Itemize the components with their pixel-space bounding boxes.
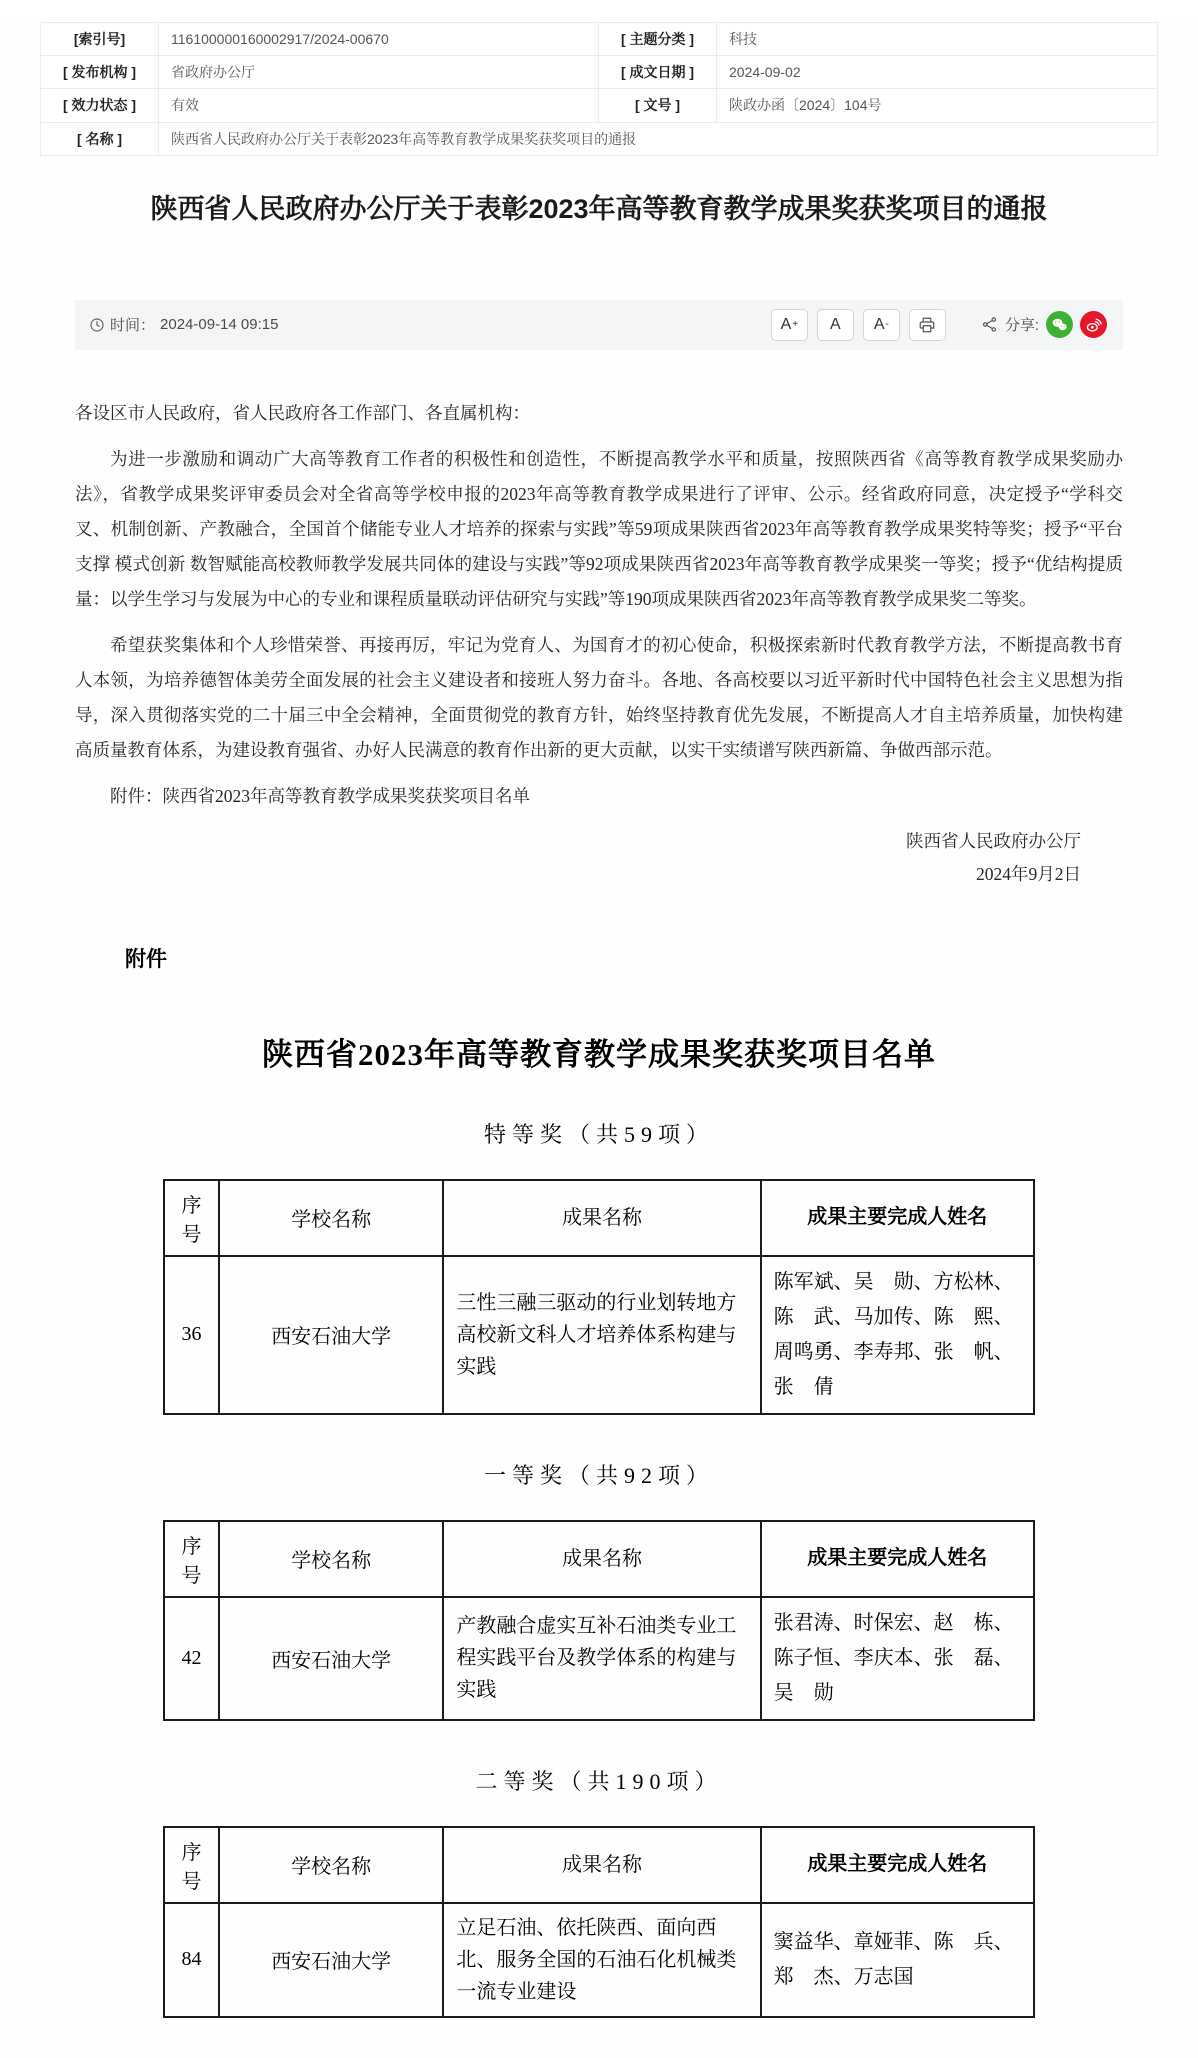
- salutation: 各设区市人民政府，省人民政府各工作部门、各直属机构：: [75, 396, 1123, 431]
- share-wechat-icon[interactable]: [1046, 311, 1073, 338]
- cell-names: 陈军斌、吴 勋、方松林、陈 武、马加传、陈 熙、周鸣勇、李寿邦、张 帆、张 倩: [761, 1256, 1034, 1414]
- meta-value-date: 2024-09-02: [717, 56, 1158, 89]
- attachment-section: 附件 陕西省2023年高等教育教学成果奖获奖项目名单 特等奖（共59项） 序号 …: [0, 943, 1198, 2058]
- document-meta-table: [索引号] 116100000160002917/2024-00670 [ 主题…: [40, 22, 1158, 156]
- share-weibo-icon[interactable]: [1080, 311, 1107, 338]
- table-row: 84 西安石油大学 立足石油、依托陕西、面向西北、服务全国的石油石化机械类一流专…: [164, 1903, 1034, 2017]
- signature-org: 陕西省人民政府办公厅: [75, 825, 1081, 858]
- signature-date: 2024年9月2日: [75, 858, 1081, 891]
- second-prize-heading: 二等奖（共190项）: [0, 1765, 1198, 1796]
- meta-label-topic: [ 主题分类 ]: [599, 23, 717, 56]
- table-row: 42 西安石油大学 产教融合虚实互补石油类专业工程实践平台及教学体系的构建与实践…: [164, 1597, 1034, 1720]
- cell-names: 窦益华、章娅菲、陈 兵、郑 杰、万志国: [761, 1903, 1034, 2017]
- printer-icon: [918, 316, 936, 334]
- page-title: 陕西省人民政府办公厅关于表彰2023年高等教育教学成果奖获奖项目的通报: [144, 190, 1054, 228]
- meta-row: [ 名称 ] 陕西省人民政府办公厅关于表彰2023年高等教育教学成果奖获奖项目的…: [41, 122, 1158, 155]
- meta-label-doc-number: [ 文号 ]: [599, 89, 717, 122]
- share-group: 分享:: [981, 311, 1107, 338]
- header-serial: 序号: [164, 1521, 219, 1597]
- header-achievement: 成果名称: [443, 1521, 760, 1597]
- document-body: 各设区市人民政府，省人民政府各工作部门、各直属机构： 为进一步激励和调动广大高等…: [75, 396, 1123, 891]
- publish-time: 时间：2024-09-14 09:15: [89, 314, 278, 335]
- header-names: 成果主要完成人姓名: [761, 1827, 1034, 1903]
- second-prize-table: 序号 学校名称 成果名称 成果主要完成人姓名 84 西安石油大学 立足石油、依托…: [163, 1826, 1035, 2018]
- cell-serial: 84: [164, 1903, 219, 2017]
- table-header-row: 序号 学校名称 成果名称 成果主要完成人姓名: [164, 1180, 1034, 1256]
- meta-label-issuer: [ 发布机构 ]: [41, 56, 159, 89]
- paragraph-awards: 为进一步激励和调动广大高等教育工作者的积极性和创造性，不断提高教学水平和质量，按…: [75, 442, 1123, 617]
- time-label: 时间：: [110, 314, 155, 335]
- article-toolbar: 时间：2024-09-14 09:15 A+ A A- 分享: [75, 300, 1123, 350]
- table-header-row: 序号 学校名称 成果名称 成果主要完成人姓名: [164, 1827, 1034, 1903]
- attachment-label: 附件: [125, 943, 1198, 973]
- meta-value-issuer: 省政府办公厅: [159, 56, 599, 89]
- meta-label-date: [ 成文日期 ]: [599, 56, 717, 89]
- cell-achievement: 三性三融三驱动的行业划转地方高校新文科人才培养体系构建与实践: [443, 1256, 760, 1414]
- cell-serial: 36: [164, 1256, 219, 1414]
- header-school: 学校名称: [219, 1180, 443, 1256]
- font-decrease-button[interactable]: A-: [863, 309, 900, 341]
- cell-school: 西安石油大学: [219, 1903, 443, 2017]
- time-value: 2024-09-14 09:15: [160, 316, 278, 333]
- header-names: 成果主要完成人姓名: [761, 1521, 1034, 1597]
- first-prize-table: 序号 学校名称 成果名称 成果主要完成人姓名 42 西安石油大学 产教融合虚实互…: [163, 1520, 1035, 1721]
- cell-achievement: 立足石油、依托陕西、面向西北、服务全国的石油石化机械类一流专业建设: [443, 1903, 760, 2017]
- cell-names: 张君涛、时保宏、赵 栋、陈子恒、李庆本、张 磊、吴 勋: [761, 1597, 1034, 1720]
- meta-label-validity: [ 效力状态 ]: [41, 89, 159, 122]
- grand-prize-table: 序号 学校名称 成果名称 成果主要完成人姓名 36 西安石油大学 三性三融三驱动…: [163, 1179, 1035, 1415]
- header-serial: 序号: [164, 1180, 219, 1256]
- first-prize-heading: 一等奖（共92项）: [0, 1459, 1198, 1490]
- print-button[interactable]: [909, 309, 946, 341]
- share-label: 分享:: [1005, 314, 1039, 335]
- meta-value-doc-number: 陕政办函〔2024〕104号: [717, 89, 1158, 122]
- cell-school: 西安石油大学: [219, 1256, 443, 1414]
- header-achievement: 成果名称: [443, 1180, 760, 1256]
- page: [索引号] 116100000160002917/2024-00670 [ 主题…: [0, 22, 1198, 2058]
- grand-prize-heading: 特等奖（共59项）: [0, 1118, 1198, 1149]
- meta-row: [ 发布机构 ] 省政府办公厅 [ 成文日期 ] 2024-09-02: [41, 56, 1158, 89]
- paragraph-hope: 希望获奖集体和个人珍惜荣誉、再接再厉，牢记为党育人、为国育才的初心使命，积极探索…: [75, 628, 1123, 768]
- attachment-reference-line: 附件：陕西省2023年高等教育教学成果奖获奖项目名单: [75, 779, 1123, 814]
- meta-value-topic: 科技: [717, 23, 1158, 56]
- meta-row: [ 效力状态 ] 有效 [ 文号 ] 陕政办函〔2024〕104号: [41, 89, 1158, 122]
- font-default-button[interactable]: A: [817, 309, 854, 341]
- toolbar-actions: A+ A A- 分享:: [771, 309, 1107, 341]
- attachment-title: 陕西省2023年高等教育教学成果奖获奖项目名单: [0, 1029, 1198, 1074]
- meta-value-index-no: 116100000160002917/2024-00670: [159, 23, 599, 56]
- header-achievement: 成果名称: [443, 1827, 760, 1903]
- table-header-row: 序号 学校名称 成果名称 成果主要完成人姓名: [164, 1521, 1034, 1597]
- font-increase-button[interactable]: A+: [771, 309, 808, 341]
- table-row: 36 西安石油大学 三性三融三驱动的行业划转地方高校新文科人才培养体系构建与实践…: [164, 1256, 1034, 1414]
- bottom-spacer: [0, 2018, 1198, 2058]
- clock-icon: [89, 317, 105, 333]
- meta-value-name: 陕西省人民政府办公厅关于表彰2023年高等教育教学成果奖获奖项目的通报: [159, 122, 1158, 155]
- cell-achievement: 产教融合虚实互补石油类专业工程实践平台及教学体系的构建与实践: [443, 1597, 760, 1720]
- header-school: 学校名称: [219, 1827, 443, 1903]
- share-icon: [981, 316, 998, 333]
- meta-value-validity: 有效: [159, 89, 599, 122]
- cell-serial: 42: [164, 1597, 219, 1720]
- header-school: 学校名称: [219, 1521, 443, 1597]
- meta-row: [索引号] 116100000160002917/2024-00670 [ 主题…: [41, 23, 1158, 56]
- header-names: 成果主要完成人姓名: [761, 1180, 1034, 1256]
- header-serial: 序号: [164, 1827, 219, 1903]
- meta-label-index-no: [索引号]: [41, 23, 159, 56]
- meta-label-name: [ 名称 ]: [41, 122, 159, 155]
- signature-block: 陕西省人民政府办公厅 2024年9月2日: [75, 825, 1123, 891]
- cell-school: 西安石油大学: [219, 1597, 443, 1720]
